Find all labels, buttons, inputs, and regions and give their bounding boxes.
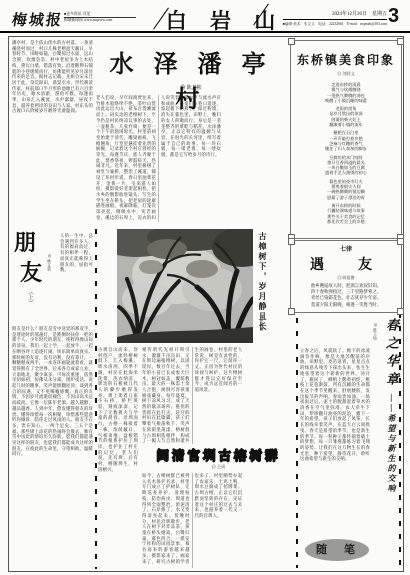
food-poem-box: 东桥镇美食印象 ◎ 刘祥义 走进东桥的清晨 雾气与炊烟缠绕 一笼热气腾腾的汤包 … [290,40,402,239]
spring-essay-title-main: 春之华章 [384,318,399,390]
frame-corner-ornament [288,38,295,45]
banyan-article-body: 如今，古榕树群已被列入名木保护名录，村里专门成立了护树队，定期巡查养护，清理枯枝… [142,473,295,568]
header-date: 2024年12月20日 星期五 [287,10,387,17]
spring-essay-title: 春之华章 ——希望与新生的交响 [382,318,401,568]
spring-essay-title-sub: ——希望与新生的交响 [387,394,396,494]
essay-left-dashed-rule [296,318,298,568]
frame-corner-ornament [288,238,295,245]
food-poem-stanza: 离开东桥的时候 行囊装满味道与故事 那些关于美食的记忆 都化作舌尖上的乡愁 [291,203,401,224]
header-date-underline [283,19,387,20]
page-number: 3 [388,5,399,28]
friend-poem-box: 七律 遇 友 ◎ 陈祖德 他乡邂逅故人时，把酒言欢叙旧知。 四十春秋弹指过，三千… [290,240,402,313]
friend-essay-author: ◎ 林义章 [46,253,52,299]
frame-corner-ornament [397,238,404,245]
frame-corner-ornament [288,308,295,315]
friend-essay-part-label: （上） [26,289,34,307]
friend-poem-author: ◎ 陈祖德 [291,275,401,281]
essay-column-stamp: 随 笔 [305,539,369,561]
spring-essay-author: ◎ 陈立灿 [372,322,378,362]
spring-essay-body: 立春之后，风就软了。檐下的冰凌滴答作响，像是大地苏醒前的序曲。田野里，麦苗返青，… [300,348,370,533]
banyan-photo-image [117,229,253,343]
header-editor-meta: ■编辑·美术：朱文义 电话：22232661 E-mail：mqmzb@163.… [262,22,387,27]
friend-poem-genre: 七律 [291,244,401,253]
food-poem-stanza: 暮色里的夜市灯火 摇曳着烟火人间 一碗热腾腾的锅边糊 慰藉了游子漂泊的胃 [291,179,401,200]
food-poem-stanza: 糍粑在石臼里 一声声敲打着乡愁 芝麻与红糖的香气 缠住了归人匆匆的脚步 [291,130,401,151]
banyan-article-headline: 闽清官圳古榕树群 [142,446,295,464]
food-poem-title: 东桥镇美食印象 [291,51,401,68]
friend-essay-title-char2: 友 [20,261,58,285]
friend-poem-line: 莫道夕阳无限晚，相逢一笑胜当时。 [291,302,401,308]
frame-corner-ornament [397,38,404,45]
food-poem-stanza: 豆腐坊的木门吱呀 推开豆香四溢的晨光 一块白嫩如玉的豆腐 盛着手艺人滚烫的初心 [291,155,401,176]
food-poem-stanza: 走进东桥的清晨 雾气与炊烟缠绕 一笼热气腾腾的汤包 唤醒了小镇沉睡的味蕾 [291,82,401,103]
friend-poem-title: 遇 友 [291,254,401,274]
banyan-photo [117,229,253,343]
masthead-logo: 梅城报 [11,9,65,30]
food-poem-author: ◎ 刘祥义 [291,71,401,77]
friend-essay-body: 朋友是什么？朋友是雪中送炭的那双手，是迷途时的那盏灯，是跌倒时扶你一把的那个人。… [12,326,93,568]
village-article-body: 老人们说，早年间商贾往来，竹排木船络绎不绝，茶叶山货由此运出大山，盐布百货溯流而… [96,95,286,222]
food-poem-stanza: 老街的拐角 是岁月熬出的浓汤 阿婆的柴火灶上 翻滚着小镇的流年 [291,106,401,127]
banyan-article-left-column: 古圳自山而来，穿村绕户，流经榕树群下，汇入梅溪。圳水清冽，四季不涸，村民在此淘米… [98,347,138,568]
friend-essay-title-char1: 朋 [14,231,58,255]
photo-credit: 林新闻 摄 [260,315,265,341]
newspaper-page: 梅城报 ■更多资讯·详见 梅城新闻网 www.mqxww.com 白 岩 山 2… [0,0,410,575]
banyan-article-author: ◎ 王成 [142,464,295,470]
friend-essay-title-block: 朋 ◎ 林义章 友 （上） [14,231,58,323]
masthead-note-line2: 梅城新闻网 www.mqxww.com [64,18,144,23]
village-article-author: ◎ 陈其彬 [95,84,287,91]
friend-essay-intro-column: 人的一生中，总会遇到许多人，有的擦肩而过，有的相伴一程，而真正能称得上朋友的，屈… [60,233,93,321]
frame-corner-ornament [397,308,404,315]
banyan-article-pre-body: 相传明代先祖开圳引水，灌溉千亩良田，又在圳边遍植榕树，以固堤岸。数百年过去，当年… [142,347,295,444]
header-heavy-rule [0,31,410,33]
village-article-left-column: 潘亭村，是个依山傍水的古村落。一条清溪绕村而过，村口几株老榕遮天蔽日。早春时节，… [12,40,93,222]
